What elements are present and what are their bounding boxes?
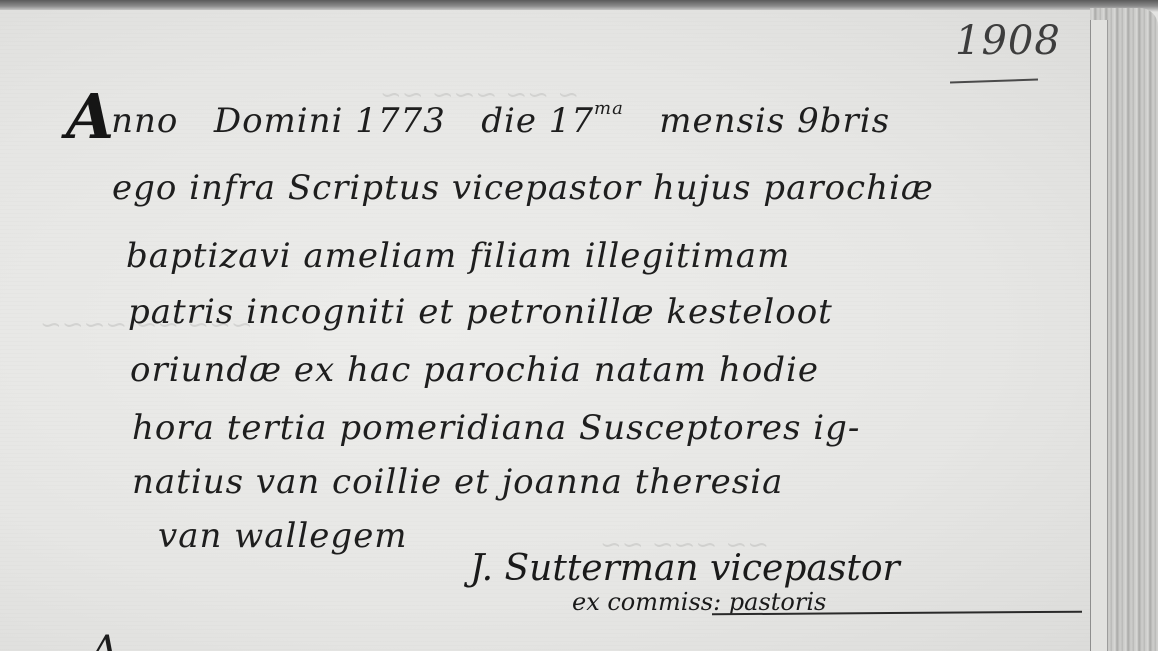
folio-number: 1908 [955,18,1061,64]
page-margin-strip [1090,20,1108,651]
entry-line-1: Anno Domini 1773 die 17ma mensis 9bris [66,80,890,153]
entry-line-5: oriundæ ex hac parochia natam hodie [130,350,819,390]
entry-line-6: hora tertia pomeridiana Susceptores ig- [132,408,860,448]
signature: J. Sutterman vicepastor [470,548,900,589]
entry-line-7: natius van coillie et joanna theresia [132,462,783,502]
next-entry-fragment: A [90,628,790,651]
entry-line-2: ego infra Scriptus vicepastor hujus paro… [112,168,934,208]
entry-line-8: van wallegem [158,516,408,556]
entry-line-3: baptizavi ameliam filiam illegitimam [126,236,790,276]
entry-line-4: patris incogniti et petronillæ kesteloot [128,292,833,332]
decorated-initial: A [66,80,115,153]
